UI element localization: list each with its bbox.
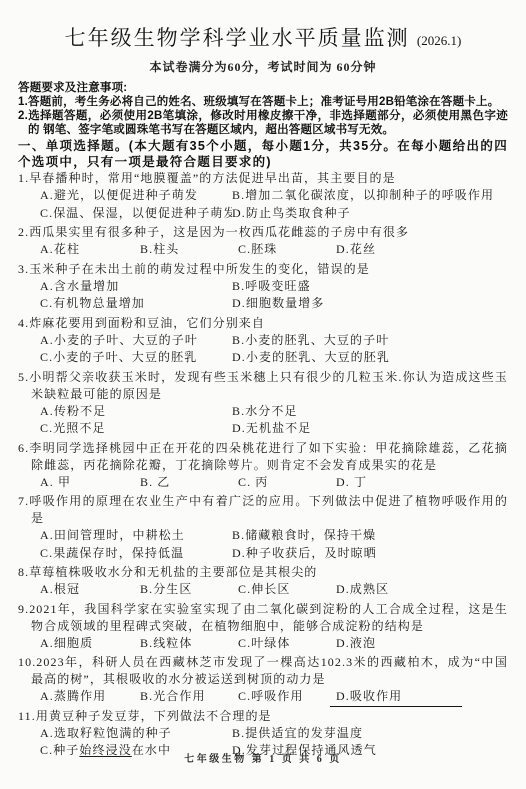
page-title-text: 七年级生物学科学业水平质量监测 bbox=[65, 26, 410, 50]
question-6-options: A. 甲 B. 乙 C. 丙 D. 丁 bbox=[18, 474, 508, 492]
question-1-options: A.避光，以便促进种子萌发 B.增加二氧化碳浓度，以抑制种子的呼吸作用 C.保温… bbox=[18, 187, 508, 222]
question-11-stem-text: 11.用黄豆种子发豆芽，下列做法不合理的是 bbox=[18, 709, 272, 723]
option-d: D.细胞数量增多 bbox=[232, 295, 508, 313]
question-5: 5.小明帮父亲收获玉米时，发现有些玉米穗上只有很少的几粒玉米.你认为造成这些玉米… bbox=[18, 369, 508, 438]
option-c: C.叶绿体 bbox=[238, 635, 336, 653]
option-a: A.避光，以便促进种子萌发 bbox=[40, 187, 232, 205]
option-b: B.增加二氧化碳浓度，以抑制种子的呼吸作用 bbox=[232, 187, 508, 205]
question-3-options: A.含水量增加 B.呼吸变旺盛 C.有机物总量增加 D.细胞数量增多 bbox=[18, 278, 508, 313]
question-8-options: A.根冠 B.分生区 C.伸长区 D.成熟区 bbox=[18, 581, 508, 599]
option-d: D.吸收作用 bbox=[336, 688, 508, 706]
option-a: A.细胞质 bbox=[40, 635, 140, 653]
question-9-options: A.细胞质 B.线粒体 C.叶绿体 D.液泡 bbox=[18, 635, 508, 653]
notice-heading: 答题要求及注意事项: bbox=[18, 81, 508, 95]
option-d: D.成熟区 bbox=[336, 581, 508, 599]
question-3: 3.玉米种子在未出土前的萌发过程中所发生的变化，错误的是 A.含水量增加 B.呼… bbox=[18, 261, 508, 313]
option-c: C.有机物总量增加 bbox=[40, 295, 232, 313]
option-b: B.储藏粮食时，保持干燥 bbox=[232, 527, 508, 545]
notice-item-2: 2.选择题答题，必须使用2B笔填涂，修改时用橡皮擦干净，非选择题部分，必须使用黑… bbox=[18, 109, 508, 137]
option-b: B.分生区 bbox=[140, 581, 238, 599]
option-b: B.呼吸变旺盛 bbox=[232, 278, 508, 296]
question-4-options: A.小麦的子叶、大豆的子叶 B.小麦的胚乳、大豆的子叶 C.小麦的子叶、大豆的胚… bbox=[18, 332, 508, 367]
option-a: A. 甲 bbox=[40, 474, 140, 492]
option-b: B.光合作用 bbox=[140, 688, 238, 706]
option-b: B. 乙 bbox=[140, 474, 238, 492]
question-2: 2.西瓜果实里有很多种子，这是因为一枚西瓜花雌蕊的子房中有很多 A.花柱 B.柱… bbox=[18, 224, 508, 259]
stray-underline bbox=[330, 706, 462, 707]
option-a: A.选取籽粒饱满的种子 bbox=[40, 725, 232, 743]
section-heading: 一、单项选择题。(本大题有35个小题，每小题1分，共35分。在每小题给出的四个选… bbox=[18, 139, 508, 170]
option-d: D.花丝 bbox=[336, 241, 508, 259]
option-a: A.根冠 bbox=[40, 581, 140, 599]
option-c: C.光照不足 bbox=[40, 420, 232, 438]
option-a: A.田间管理时，中耕松土 bbox=[40, 527, 232, 545]
option-b: B.线粒体 bbox=[140, 635, 238, 653]
question-4: 4.炸麻花要用到面粉和豆油，它们分别来自 A.小麦的子叶、大豆的子叶 B.小麦的… bbox=[18, 315, 508, 367]
question-3-stem: 3.玉米种子在未出土前的萌发过程中所发生的变化，错误的是 bbox=[18, 261, 508, 278]
option-d: D.种子收获后，及时晾晒 bbox=[232, 545, 508, 563]
question-6-stem: 6.李明同学选择桃园中正在开花的四朵桃花进行了如下实验：甲花摘除雄蕊，乙花摘除雌… bbox=[18, 440, 508, 474]
question-7-stem: 7.呼吸作用的原理在农业生产中有着广泛的应用。下列做法中促进了植物呼吸作用的是 bbox=[18, 493, 508, 527]
question-1-stem: 1.早春播种时，常用“地膜覆盖”的方法促进早出苗，其主要目的是 bbox=[18, 170, 508, 187]
question-10-options: A.蒸腾作用 B.光合作用 C.呼吸作用 D.吸收作用 bbox=[18, 688, 508, 706]
question-4-stem: 4.炸麻花要用到面粉和豆油，它们分别来自 bbox=[18, 315, 508, 332]
option-a: A.含水量增加 bbox=[40, 278, 232, 296]
question-8: 8.草莓植株吸收水分和无机盐的主要部位是其根尖的 A.根冠 B.分生区 C.伸长… bbox=[18, 564, 508, 599]
option-c: C.伸长区 bbox=[238, 581, 336, 599]
option-d: D.无机盐不足 bbox=[232, 420, 508, 438]
option-d: D. 丁 bbox=[336, 474, 508, 492]
option-b: B.提供适宜的发芽温度 bbox=[232, 725, 508, 743]
option-d: D.防止鸟类取食种子 bbox=[232, 205, 508, 223]
question-2-options: A.花柱 B.柱头 C.胚珠 D.花丝 bbox=[18, 241, 508, 259]
question-7: 7.呼吸作用的原理在农业生产中有着广泛的应用。下列做法中促进了植物呼吸作用的是 … bbox=[18, 493, 508, 562]
question-5-stem: 5.小明帮父亲收获玉米时，发现有些玉米穗上只有很少的几粒玉米.你认为造成这些玉米… bbox=[18, 369, 508, 403]
page-title: 七年级生物学科学业水平质量监测 (2026.1) bbox=[18, 26, 508, 53]
option-b: B.柱头 bbox=[140, 241, 238, 259]
question-6: 6.李明同学选择桃园中正在开花的四朵桃花进行了如下实验：甲花摘除雄蕊，乙花摘除雌… bbox=[18, 440, 508, 492]
question-11-stem: 11.用黄豆种子发豆芽，下列做法不合理的是 bbox=[18, 708, 508, 725]
question-5-options: A.传粉不足 B.水分不足 C.光照不足 D.无机盐不足 bbox=[18, 403, 508, 438]
option-c: C.保温、保湿，以便促进种子萌发 bbox=[40, 205, 232, 223]
page-footer: 七年级生物 第 1 页 共 6 页 bbox=[0, 750, 526, 765]
option-a: A.小麦的子叶、大豆的子叶 bbox=[40, 332, 232, 350]
question-10-stem: 10.2023年，科研人员在西藏林芝市发现了一棵高达102.3米的西藏柏木，成为… bbox=[18, 654, 508, 688]
option-d: D.小麦的胚乳、大豆的胚乳 bbox=[232, 349, 508, 367]
exam-info: 本试卷满分为60分，考试时间为 60分钟 bbox=[18, 60, 508, 75]
option-a: A.蒸腾作用 bbox=[40, 688, 140, 706]
option-a: A.传粉不足 bbox=[40, 403, 232, 421]
option-a: A.花柱 bbox=[40, 241, 140, 259]
option-b: B.小麦的胚乳、大豆的子叶 bbox=[232, 332, 508, 350]
notice-block: 答题要求及注意事项: 1.答题前，考生务必将自己的姓名、班级填写在答题卡上；准考… bbox=[18, 81, 508, 137]
option-d: D.液泡 bbox=[336, 635, 508, 653]
question-9: 9.2021年，我国科学家在实验室实现了由二氧化碳到淀粉的人工合成全过程，这是生… bbox=[18, 601, 508, 653]
page-title-date: (2026.1) bbox=[417, 33, 461, 48]
exam-paper-page: 七年级生物学科学业水平质量监测 (2026.1) 本试卷满分为60分，考试时间为… bbox=[0, 0, 526, 789]
option-c: C.小麦的子叶、大豆的胚乳 bbox=[40, 349, 232, 367]
question-9-stem: 9.2021年，我国科学家在实验室实现了由二氧化碳到淀粉的人工合成全过程，这是生… bbox=[18, 601, 508, 635]
option-c: C. 丙 bbox=[238, 474, 336, 492]
option-c: C.胚珠 bbox=[238, 241, 336, 259]
question-7-options: A.田间管理时，中耕松土 B.储藏粮食时，保持干燥 C.果蔬保存时，保持低温 D… bbox=[18, 527, 508, 562]
option-c: C.呼吸作用 bbox=[238, 688, 336, 706]
question-2-stem: 2.西瓜果实里有很多种子，这是因为一枚西瓜花雌蕊的子房中有很多 bbox=[18, 224, 508, 241]
option-b: B.水分不足 bbox=[232, 403, 508, 421]
question-1: 1.早春播种时，常用“地膜覆盖”的方法促进早出苗，其主要目的是 A.避光，以便促… bbox=[18, 170, 508, 222]
question-8-stem: 8.草莓植株吸收水分和无机盐的主要部位是其根尖的 bbox=[18, 564, 508, 581]
question-10: 10.2023年，科研人员在西藏林芝市发现了一棵高达102.3米的西藏柏木，成为… bbox=[18, 654, 508, 706]
option-c: C.果蔬保存时，保持低温 bbox=[40, 545, 232, 563]
notice-item-1: 1.答题前，考生务必将自己的姓名、班级填写在答题卡上；准考证号用2B铅笔涂在答题… bbox=[18, 95, 508, 109]
